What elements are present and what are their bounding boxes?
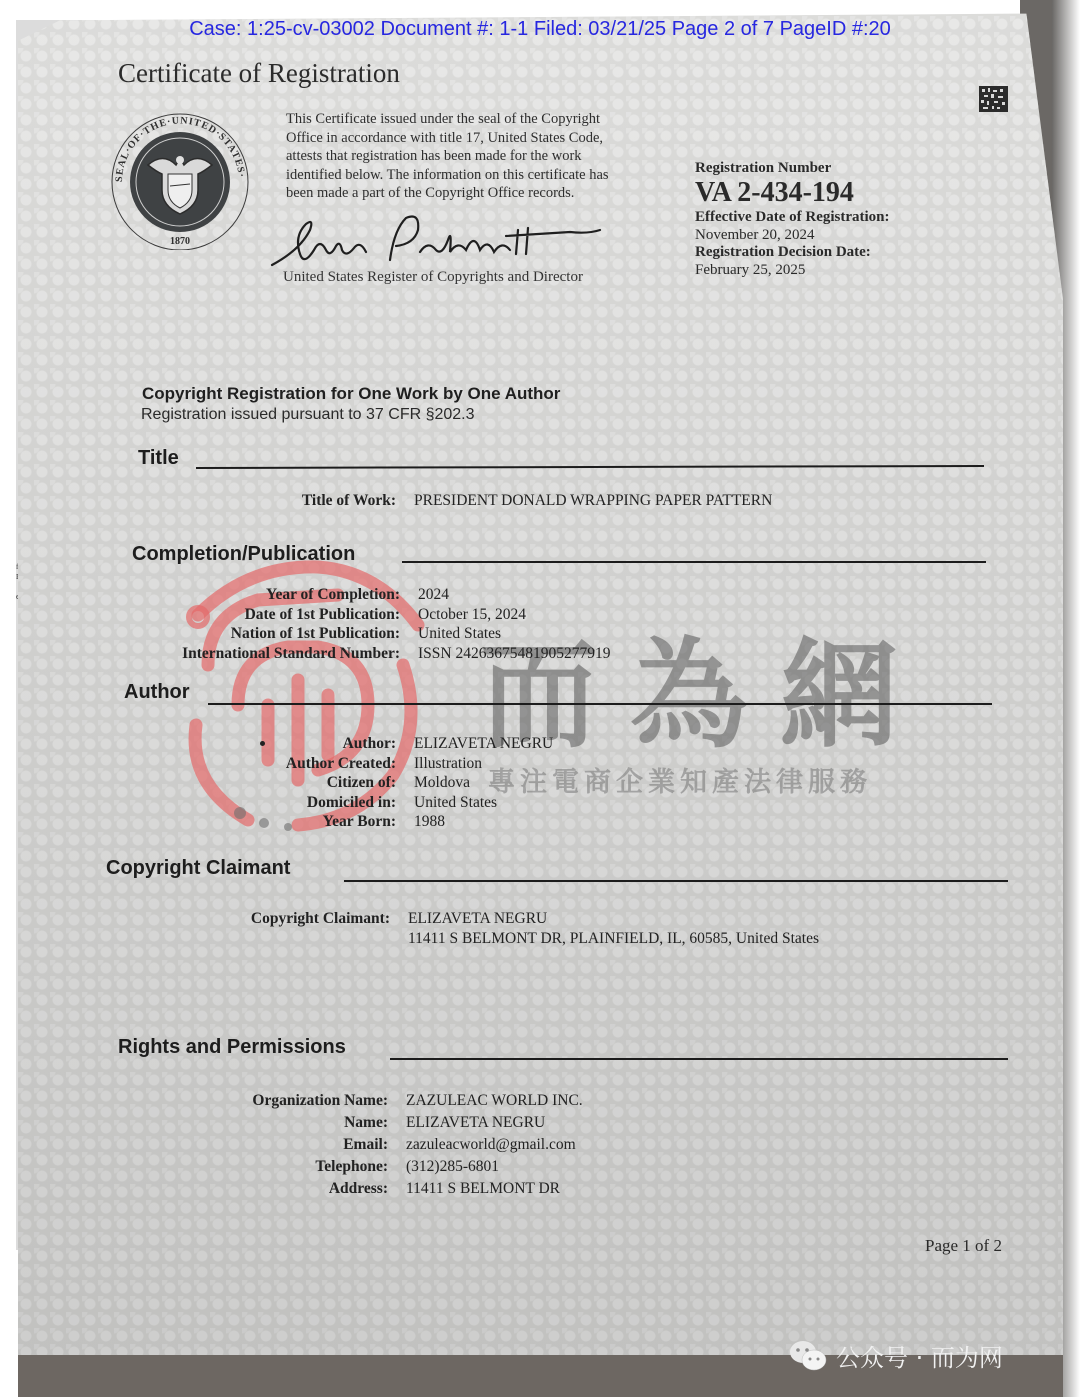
- case-header: Case: 1:25-cv-03002 Document #: 1-1 File…: [0, 18, 1080, 41]
- intro-line: been made a part of the Copyright Office…: [286, 184, 656, 203]
- field-value: 11411 S BELMONT DR: [388, 1178, 560, 1200]
- field-value: United States: [396, 793, 497, 813]
- section-rule: [208, 703, 992, 705]
- claimant-address: 11411 S BELMONT DR, PLAINFIELD, IL, 6058…: [390, 929, 819, 949]
- section-rule: [390, 1058, 1008, 1060]
- field-value: zazuleacworld@gmail.com: [388, 1134, 576, 1156]
- section-rule: [344, 880, 1008, 882]
- field-value: Moldova: [396, 773, 470, 793]
- wechat-icon: [788, 1339, 828, 1373]
- field-label: Nation of 1st Publication:: [120, 624, 400, 644]
- section-author-heading: Author: [124, 681, 190, 704]
- field-value: October 15, 2024: [400, 605, 526, 625]
- title-fields: Title of Work:PRESIDENT DONALD WRAPPING …: [200, 491, 772, 511]
- field-value: ELIZAVETA NEGRU: [388, 1112, 545, 1134]
- decision-date-label: Registration Decision Date:: [695, 244, 890, 261]
- rights-fields: Organization Name:ZAZULEAC WORLD INC. Na…: [108, 1090, 583, 1200]
- decision-date: February 25, 2025: [695, 261, 890, 279]
- wechat-label: 公众号 · 而为网: [836, 1338, 1003, 1373]
- copyright-office-seal-icon: SEAL·OF·THE·UNITED·STATES·COPYRIGHT·OFFI…: [108, 110, 253, 250]
- section-rights-heading: Rights and Permissions: [118, 1036, 346, 1059]
- field-value: (312)285-6801: [388, 1156, 499, 1178]
- title-of-work: PRESIDENT DONALD WRAPPING PAPER PATTERN: [396, 491, 772, 511]
- intro-line: This Certificate issued under the seal o…: [286, 110, 656, 129]
- certificate-intro: This Certificate issued under the seal o…: [286, 110, 656, 203]
- effective-date-label: Effective Date of Registration:: [695, 209, 890, 226]
- form-heading: Copyright Registration for One Work by O…: [142, 384, 560, 404]
- form-subheading: Registration issued pursuant to 37 CFR §…: [141, 406, 475, 424]
- registration-number: VA 2-434-194: [695, 177, 890, 209]
- field-label: Author:: [118, 734, 396, 754]
- bullet-icon: [260, 741, 265, 746]
- field-label: Name:: [108, 1112, 388, 1134]
- field-value: 2024: [400, 585, 449, 605]
- register-signature: [270, 210, 610, 270]
- section-title-heading: Title: [138, 447, 179, 470]
- claimant-name: ELIZAVETA NEGRU: [390, 909, 547, 929]
- field-label: Year of Completion:: [120, 585, 400, 605]
- field-value: 1988: [396, 812, 445, 832]
- page-number: Page 1 of 2: [925, 1236, 1002, 1256]
- datamatrix-code-icon: [979, 86, 1008, 112]
- intro-line: attests that registration has been made …: [286, 147, 656, 166]
- section-rule: [402, 561, 986, 563]
- registration-number-label: Registration Number: [695, 160, 890, 177]
- field-label: Copyright Claimant:: [110, 909, 390, 929]
- author-fields: Author:ELIZAVETA NEGRU Author Created:Il…: [118, 734, 553, 832]
- field-label: Title of Work:: [200, 491, 396, 511]
- certificate-title: Certificate of Registration: [118, 58, 400, 89]
- claimant-fields: Copyright Claimant:ELIZAVETA NEGRU 11411…: [110, 909, 819, 948]
- field-value: ZAZULEAC WORLD INC.: [388, 1090, 583, 1112]
- field-label: Author Created:: [118, 754, 396, 774]
- field-label: Date of 1st Publication:: [120, 605, 400, 625]
- section-completion-heading: Completion/Publication: [132, 543, 355, 566]
- intro-line: Office in accordance with title 17, Unit…: [286, 129, 656, 148]
- completion-fields: Year of Completion:2024 Date of 1st Publ…: [120, 585, 610, 663]
- field-label: Telephone:: [108, 1156, 388, 1178]
- field-label: Citizen of:: [118, 773, 396, 793]
- field-value: Illustration: [396, 754, 482, 774]
- field-value: ELIZAVETA NEGRU: [396, 734, 553, 754]
- signature-caption: United States Register of Copyrights and…: [283, 269, 583, 286]
- field-value: United States: [400, 624, 501, 644]
- effective-date: November 20, 2024: [695, 226, 890, 244]
- field-label: Email:: [108, 1134, 388, 1156]
- intro-line: identified below. The information on thi…: [286, 166, 656, 185]
- field-label: Year Born:: [118, 812, 396, 832]
- wechat-watermark: 公众号 · 而为网: [788, 1338, 1003, 1373]
- section-claimant-heading: Copyright Claimant: [106, 857, 290, 880]
- field-label: Address:: [108, 1178, 388, 1200]
- field-label: International Standard Number:: [120, 644, 400, 664]
- field-label: Domiciled in:: [118, 793, 396, 813]
- field-value: ISSN 24263675481905277919: [400, 644, 610, 664]
- field-label: Organization Name:: [108, 1090, 388, 1112]
- seal-year: 1870: [170, 236, 190, 247]
- registration-info: Registration Number VA 2-434-194 Effecti…: [695, 160, 890, 279]
